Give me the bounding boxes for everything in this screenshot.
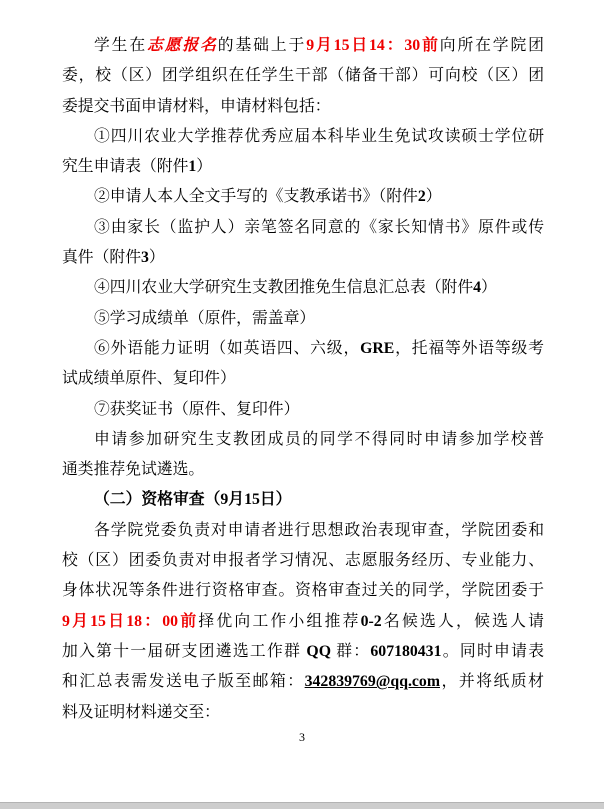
deadline-sep15-1800: 9月15日18：00前	[62, 613, 198, 630]
body-text: 料及证明材料递交至：	[62, 704, 220, 721]
attachment-4-number: 4	[473, 279, 481, 296]
page-bottom-edge	[0, 802, 604, 809]
gre-label: GRE	[360, 340, 394, 357]
text-line: ③由家长（监护人）亲笔签名同意的《家长知情书》原件或传	[62, 213, 544, 243]
text-line: 委提交书面申请材料，申请材料包括：	[62, 92, 544, 122]
list-item-3-text: ③由家长（监护人）亲笔签名同意的《家长知情书》原件或传	[94, 219, 544, 236]
list-item-1-text: ①四川农业大学推荐优秀应届本科毕业生免试攻读硕士学位研	[94, 128, 544, 145]
body-text: 。同时申请表	[441, 643, 544, 660]
text-line: 委，校（区）团学组织在任学生干部（储备干部）可向校（区）团	[62, 61, 544, 91]
text-line: 9月15日18：00前择优向工作小组推荐0-2名候选人，候选人请	[62, 607, 544, 637]
attachment-3-number: 3	[141, 249, 149, 266]
text-line: ⑤学习成绩单（原件，需盖章）	[62, 304, 544, 334]
body-text: 真件（附件	[62, 249, 141, 266]
text-line: （二）资格审查（9月15日）	[62, 485, 544, 515]
list-item-4-text: ④四川农业大学研究生支教团推免生信息汇总表（附件	[94, 279, 473, 296]
body-text: 委，校（区）团学组织在任学生干部（储备干部）可向校（区）团	[62, 67, 544, 84]
body-text: ，托福等外语等级考	[394, 340, 544, 357]
list-item-6-text: ⑥外语能力证明（如英语四、六级，	[94, 340, 360, 357]
body-text: 试成绩单原件、复印件）	[62, 370, 236, 387]
body-text: 向所在学院团	[440, 37, 544, 54]
text-line: 申请参加研究生支教团成员的同学不得同时申请参加学校普	[62, 425, 544, 455]
body-text: 委提交书面申请材料，申请材料包括：	[62, 98, 331, 115]
text-line: 试成绩单原件、复印件）	[62, 364, 544, 394]
body-text: 通类推荐免试遴选。	[62, 461, 204, 478]
body-text: 身体状况等条件进行资格审查。资格审查过关的同学，学院团委于	[62, 582, 544, 599]
body-text: 择优向工作小组推荐	[198, 613, 360, 630]
text-line: 通类推荐免试遴选。	[62, 455, 544, 485]
list-item-2-text: ②申请人本人全文手写的《支教承诺书》（附件	[94, 188, 418, 205]
text-line: 身体状况等条件进行资格审查。资格审查过关的同学，学院团委于	[62, 576, 544, 606]
text-line: 各学院党委负责对申请者进行思想政治表现审查，学院团委和	[62, 516, 544, 546]
email-address-link[interactable]: 342839769@qq.com	[305, 673, 440, 690]
document-page: 学生在志愿报名的基础上于9月15日14：30前向所在学院团 委，校（区）团学组织…	[0, 0, 604, 809]
highlight-volunteer-signup: 志愿报名	[147, 37, 218, 54]
text-line: 学生在志愿报名的基础上于9月15日14：30前向所在学院团	[62, 31, 544, 61]
qq-label: QQ	[306, 643, 331, 660]
body-text: 各学院党委负责对申请者进行思想政治表现审查，学院团委和	[94, 522, 544, 539]
body-text: ）	[149, 249, 165, 266]
list-item-7-text: ⑦获奖证书（原件、复印件）	[94, 401, 299, 418]
document-body: 学生在志愿报名的基础上于9月15日14：30前向所在学院团 委，校（区）团学组织…	[62, 31, 544, 728]
body-text: 名候选人，候选人请	[382, 613, 544, 630]
body-text: ）	[481, 279, 497, 296]
text-line: 和汇总表需发送电子版至邮箱：342839769@qq.com，并将纸质材	[62, 667, 544, 697]
candidate-count: 0-2	[361, 613, 382, 630]
text-line: 料及证明材料递交至：	[62, 698, 544, 728]
qq-group-number: 607180431	[370, 643, 441, 660]
body-text: 的基础上于	[218, 37, 306, 54]
body-text: 学生在	[94, 37, 147, 54]
text-line: 真件（附件3）	[62, 243, 544, 273]
body-text: 校（区）团委负责对申报者学习情况、志愿服务经历、专业能力、	[62, 552, 544, 569]
attachment-2-number: 2	[418, 188, 426, 205]
text-line: 究生申请表（附件1）	[62, 152, 544, 182]
text-line: 校（区）团委负责对申报者学习情况、志愿服务经历、专业能力、	[62, 546, 544, 576]
body-text: 和汇总表需发送电子版至邮箱：	[62, 673, 305, 690]
body-text: ）	[426, 188, 442, 205]
list-item-5-text: ⑤学习成绩单（原件，需盖章）	[94, 310, 315, 327]
text-line: ②申请人本人全文手写的《支教承诺书》（附件2）	[62, 182, 544, 212]
deadline-sep15-1430: 9月15日14：30前	[306, 37, 440, 54]
text-line: ①四川农业大学推荐优秀应届本科毕业生免试攻读硕士学位研	[62, 122, 544, 152]
body-text: 加入第十一届研支团遴选工作群	[62, 643, 306, 660]
body-text: 申请参加研究生支教团成员的同学不得同时申请参加学校普	[94, 431, 544, 448]
text-line: ④四川农业大学研究生支教团推免生信息汇总表（附件4）	[62, 273, 544, 303]
body-text: ，并将纸质材	[440, 673, 544, 690]
body-text: 群：	[331, 643, 370, 660]
body-text: ）	[196, 158, 212, 175]
body-text: 究生申请表（附件	[62, 158, 188, 175]
text-line: ⑥外语能力证明（如英语四、六级，GRE，托福等外语等级考	[62, 334, 544, 364]
section-heading-qualification-review: （二）资格审查（9月15日）	[94, 491, 291, 508]
text-line: 加入第十一届研支团遴选工作群 QQ 群：607180431。同时申请表	[62, 637, 544, 667]
page-number: 3	[0, 730, 604, 745]
text-line: ⑦获奖证书（原件、复印件）	[62, 395, 544, 425]
